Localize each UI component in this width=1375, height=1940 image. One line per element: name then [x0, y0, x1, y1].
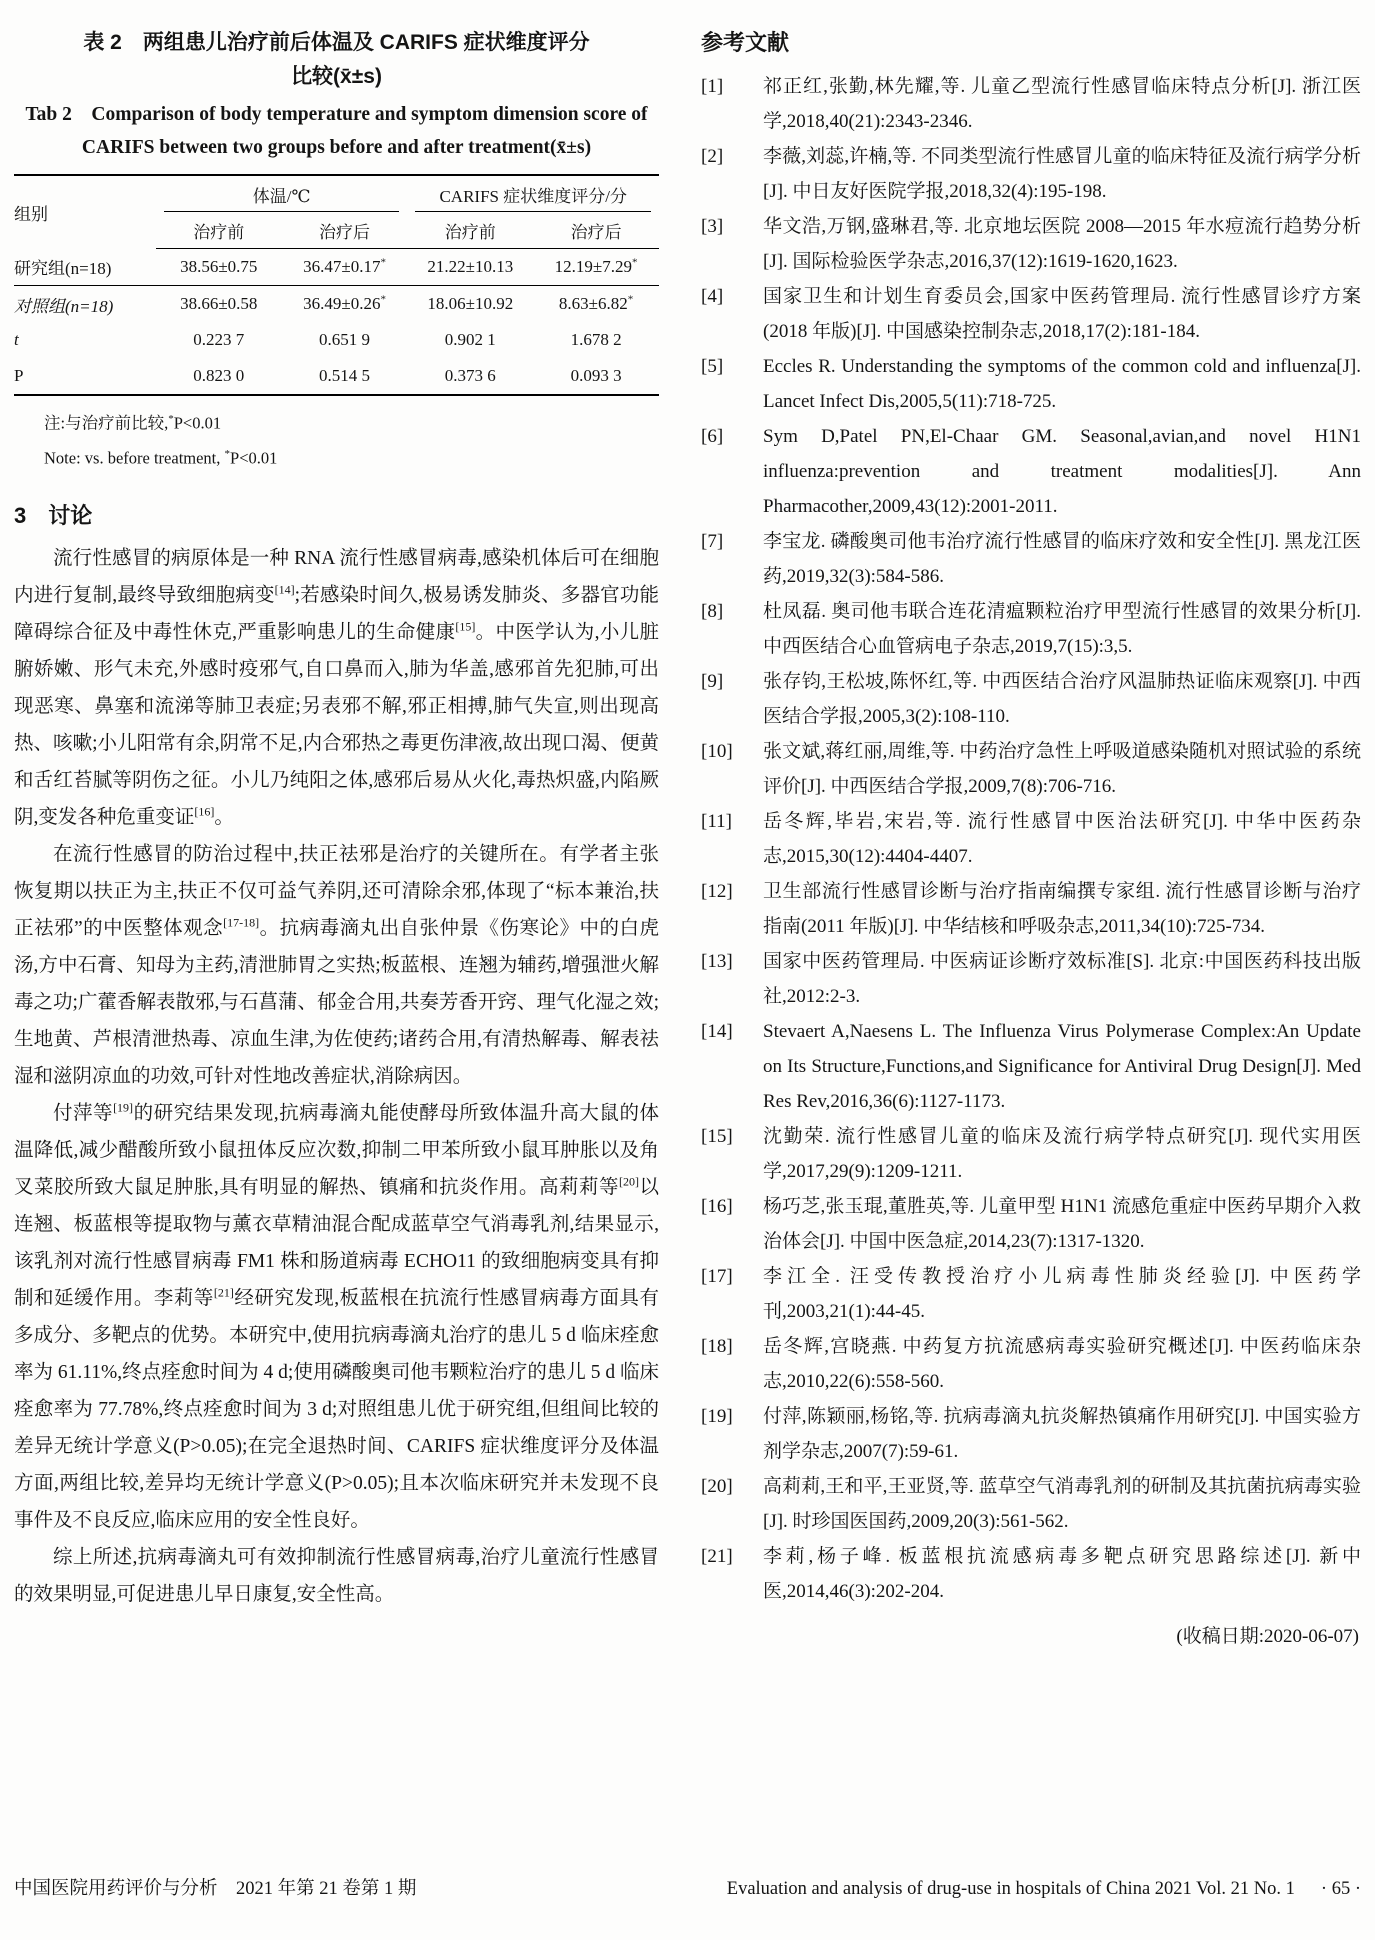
table-row: 研究组(n=18) 38.56±0.75 36.47±0.17* 21.22±1…	[14, 249, 659, 286]
reference-item: [15] 沈勤荣. 流行性感冒儿童的临床及流行病学特点研究[J]. 现代实用医学…	[701, 1119, 1361, 1189]
page-number: · 65 ·	[1321, 1879, 1361, 1900]
table-row: P 0.823 0 0.514 5 0.373 6 0.093 3	[14, 358, 659, 395]
table-cell: 36.47±0.17*	[282, 249, 408, 286]
two-column-layout: 表 2 两组患儿治疗前后体温及 CARIFS 症状维度评分 比较(x̄±s) T…	[14, 26, 1361, 1654]
table-cell: 0.902 1	[407, 322, 533, 358]
table-caption-en: Tab 2 Comparison of body temperature and…	[14, 98, 659, 164]
reference-number: [19]	[701, 1399, 763, 1469]
table-cell: 0.823 0	[156, 358, 282, 395]
table-note-en: Note: vs. before treatment, *P<0.01	[44, 439, 659, 474]
left-column: 表 2 两组患儿治疗前后体温及 CARIFS 症状维度评分 比较(x̄±s) T…	[14, 26, 659, 1654]
reference-text: 李宝龙. 磷酸奥司他韦治疗流行性感冒的临床疗效和安全性[J]. 黑龙江医药,20…	[763, 524, 1361, 594]
reference-item: [13] 国家中医药管理局. 中医病证诊断疗效标准[S]. 北京:中国医药科技出…	[701, 944, 1361, 1014]
reference-text: Eccles R. Understanding the symptoms of …	[763, 349, 1361, 419]
reference-number: [16]	[701, 1189, 763, 1259]
table-cell: 0.093 3	[533, 358, 659, 395]
reference-text: Sym D,Patel PN,El-Chaar GM. Seasonal,avi…	[763, 419, 1361, 524]
reference-number: [18]	[701, 1329, 763, 1399]
table-notes: 注:与治疗前比较,*P<0.01 Note: vs. before treatm…	[14, 404, 659, 473]
table-header: 组别 体温/℃ CARIFS 症状维度评分/分 治疗前 治疗后 治疗前 治疗后	[14, 175, 659, 249]
references-list: [1] 祁正红,张勤,林先耀,等. 儿童乙型流行性感冒临床特点分析[J]. 浙江…	[701, 69, 1361, 1609]
column-header-group: 组别	[14, 175, 156, 249]
reference-number: [13]	[701, 944, 763, 1014]
section-heading-discussion: 3 讨论	[14, 499, 659, 530]
reference-item: [21] 李莉,杨子峰. 板蓝根抗流感病毒多靶点研究思路综述[J]. 新中医,2…	[701, 1539, 1361, 1609]
reference-item: [5] Eccles R. Understanding the symptoms…	[701, 349, 1361, 419]
reference-number: [5]	[701, 349, 763, 419]
reference-number: [4]	[701, 279, 763, 349]
reference-text: 李薇,刘蕊,许楠,等. 不同类型流行性感冒儿童的临床特征及流行病学分析[J]. …	[763, 139, 1361, 209]
reference-item: [17] 李江全. 汪受传教授治疗小儿病毒性肺炎经验[J]. 中医药学刊,200…	[701, 1259, 1361, 1329]
subheader-before-treatment: 治疗前	[407, 212, 533, 249]
footer-journal-en-wrap: Evaluation and analysis of drug-use in h…	[727, 1879, 1361, 1900]
reference-number: [17]	[701, 1259, 763, 1329]
reference-number: [15]	[701, 1119, 763, 1189]
reference-item: [9] 张存钧,王松坡,陈怀红,等. 中西医结合治疗风温肺热证临床观察[J]. …	[701, 664, 1361, 734]
reference-item: [14] Stevaert A,Naesens L. The Influenza…	[701, 1014, 1361, 1119]
reference-text: 华文浩,万钢,盛琳君,等. 北京地坛医院 2008—2015 年水痘流行趋势分析…	[763, 209, 1361, 279]
table-caption-zh-line2: 比较(x̄±s)	[14, 60, 659, 94]
reference-item: [8] 杜凤磊. 奥司他韦联合连花清瘟颗粒治疗甲型流行性感冒的效果分析[J]. …	[701, 594, 1361, 664]
subheader-after-treatment: 治疗后	[282, 212, 408, 249]
reference-number: [6]	[701, 419, 763, 524]
reference-item: [19] 付萍,陈颖丽,杨铭,等. 抗病毒滴丸抗炎解热镇痛作用研究[J]. 中国…	[701, 1399, 1361, 1469]
reference-item: [12] 卫生部流行性感冒诊断与治疗指南编撰专家组. 流行性感冒诊断与治疗指南(…	[701, 874, 1361, 944]
table-caption-zh: 表 2 两组患儿治疗前后体温及 CARIFS 症状维度评分 比较(x̄±s)	[14, 26, 659, 94]
reference-number: [9]	[701, 664, 763, 734]
table-caption-zh-line1: 表 2 两组患儿治疗前后体温及 CARIFS 症状维度评分	[14, 26, 659, 60]
reference-item: [16] 杨巧芝,张玉琨,董胜英,等. 儿童甲型 H1N1 流感危重症中医药早期…	[701, 1189, 1361, 1259]
table-cell: 0.223 7	[156, 322, 282, 358]
column-header-temperature: 体温/℃	[156, 175, 408, 212]
subheader-before-treatment: 治疗前	[156, 212, 282, 249]
reference-item: [6] Sym D,Patel PN,El-Chaar GM. Seasonal…	[701, 419, 1361, 524]
row-label: P	[14, 358, 156, 395]
received-date: (收稿日期:2020-06-07)	[701, 1619, 1361, 1654]
reference-item: [4] 国家卫生和计划生育委员会,国家中医药管理局. 流行性感冒诊疗方案(201…	[701, 279, 1361, 349]
reference-number: [11]	[701, 804, 763, 874]
table-cell: 0.514 5	[282, 358, 408, 395]
reference-number: [10]	[701, 734, 763, 804]
reference-item: [3] 华文浩,万钢,盛琳君,等. 北京地坛医院 2008—2015 年水痘流行…	[701, 209, 1361, 279]
reference-item: [10] 张文斌,蒋红丽,周维,等. 中药治疗急性上呼吸道感染随机对照试验的系统…	[701, 734, 1361, 804]
reference-item: [2] 李薇,刘蕊,许楠,等. 不同类型流行性感冒儿童的临床特征及流行病学分析[…	[701, 139, 1361, 209]
reference-text: 沈勤荣. 流行性感冒儿童的临床及流行病学特点研究[J]. 现代实用医学,2017…	[763, 1119, 1361, 1189]
reference-text: 岳冬辉,毕岩,宋岩,等. 流行性感冒中医治法研究[J]. 中华中医药杂志,201…	[763, 804, 1361, 874]
reference-text: 国家卫生和计划生育委员会,国家中医药管理局. 流行性感冒诊疗方案(2018 年版…	[763, 279, 1361, 349]
reference-text: 卫生部流行性感冒诊断与治疗指南编撰专家组. 流行性感冒诊断与治疗指南(2011 …	[763, 874, 1361, 944]
reference-text: 张文斌,蒋红丽,周维,等. 中药治疗急性上呼吸道感染随机对照试验的系统评价[J]…	[763, 734, 1361, 804]
table-cell: 0.651 9	[282, 322, 408, 358]
table-cell: 18.06±10.92	[407, 286, 533, 323]
column-header-carifs: CARIFS 症状维度评分/分	[407, 175, 659, 212]
row-label: t	[14, 322, 156, 358]
page-footer: 中国医院用药评价与分析 2021 年第 21 卷第 1 期 Evaluation…	[14, 1874, 1361, 1900]
discussion-paragraph: 流行性感冒的病原体是一种 RNA 流行性感冒病毒,感染机体后可在细胞内进行复制,…	[14, 540, 659, 836]
subheader-after-treatment: 治疗后	[533, 212, 659, 249]
table-cell: 21.22±10.13	[407, 249, 533, 286]
reference-number: [12]	[701, 874, 763, 944]
table-cell: 12.19±7.29*	[533, 249, 659, 286]
footer-journal-en: Evaluation and analysis of drug-use in h…	[727, 1879, 1295, 1900]
discussion-body: 流行性感冒的病原体是一种 RNA 流行性感冒病毒,感染机体后可在细胞内进行复制,…	[14, 540, 659, 1613]
discussion-paragraph: 综上所述,抗病毒滴丸可有效抑制流行性感冒病毒,治疗儿童流行性感冒的效果明显,可促…	[14, 1539, 659, 1613]
reference-text: 高莉莉,王和平,王亚贤,等. 蓝草空气消毒乳剂的研制及其抗菌抗病毒实验[J]. …	[763, 1469, 1361, 1539]
reference-text: 李江全. 汪受传教授治疗小儿病毒性肺炎经验[J]. 中医药学刊,2003,21(…	[763, 1259, 1361, 1329]
discussion-paragraph: 在流行性感冒的防治过程中,扶正祛邪是治疗的关键所在。有学者主张恢复期以扶正为主,…	[14, 836, 659, 1095]
table-cell: 8.63±6.82*	[533, 286, 659, 323]
comparison-table: 组别 体温/℃ CARIFS 症状维度评分/分 治疗前 治疗后 治疗前 治疗后	[14, 174, 659, 396]
reference-number: [7]	[701, 524, 763, 594]
reference-number: [21]	[701, 1539, 763, 1609]
table-body: 研究组(n=18) 38.56±0.75 36.47±0.17* 21.22±1…	[14, 249, 659, 396]
reference-item: [7] 李宝龙. 磷酸奥司他韦治疗流行性感冒的临床疗效和安全性[J]. 黑龙江医…	[701, 524, 1361, 594]
reference-number: [2]	[701, 139, 763, 209]
reference-text: 岳冬辉,宫晓燕. 中药复方抗流感病毒实验研究概述[J]. 中医药临床杂志,201…	[763, 1329, 1361, 1399]
reference-text: 杜凤磊. 奥司他韦联合连花清瘟颗粒治疗甲型流行性感冒的效果分析[J]. 中西医结…	[763, 594, 1361, 664]
right-column: 参考文献 [1] 祁正红,张勤,林先耀,等. 儿童乙型流行性感冒临床特点分析[J…	[701, 26, 1361, 1654]
footer-journal-zh: 中国医院用药评价与分析 2021 年第 21 卷第 1 期	[14, 1874, 416, 1900]
reference-text: 张存钧,王松坡,陈怀红,等. 中西医结合治疗风温肺热证临床观察[J]. 中西医结…	[763, 664, 1361, 734]
references-heading: 参考文献	[701, 26, 1361, 57]
reference-text: 国家中医药管理局. 中医病证诊断疗效标准[S]. 北京:中国医药科技出版社,20…	[763, 944, 1361, 1014]
reference-item: [11] 岳冬辉,毕岩,宋岩,等. 流行性感冒中医治法研究[J]. 中华中医药杂…	[701, 804, 1361, 874]
reference-text: Stevaert A,Naesens L. The Influenza Viru…	[763, 1014, 1361, 1119]
journal-page: 表 2 两组患儿治疗前后体温及 CARIFS 症状维度评分 比较(x̄±s) T…	[0, 0, 1375, 1940]
table-row: t 0.223 7 0.651 9 0.902 1 1.678 2	[14, 322, 659, 358]
row-label: 对照组(n=18)	[14, 286, 156, 323]
reference-text: 祁正红,张勤,林先耀,等. 儿童乙型流行性感冒临床特点分析[J]. 浙江医学,2…	[763, 69, 1361, 139]
table-note-zh: 注:与治疗前比较,*P<0.01	[44, 404, 659, 439]
reference-item: [18] 岳冬辉,宫晓燕. 中药复方抗流感病毒实验研究概述[J]. 中医药临床杂…	[701, 1329, 1361, 1399]
reference-item: [20] 高莉莉,王和平,王亚贤,等. 蓝草空气消毒乳剂的研制及其抗菌抗病毒实验…	[701, 1469, 1361, 1539]
table-cell: 38.56±0.75	[156, 249, 282, 286]
table-cell: 38.66±0.58	[156, 286, 282, 323]
table-cell: 0.373 6	[407, 358, 533, 395]
reference-number: [1]	[701, 69, 763, 139]
reference-text: 杨巧芝,张玉琨,董胜英,等. 儿童甲型 H1N1 流感危重症中医药早期介入救治体…	[763, 1189, 1361, 1259]
reference-number: [3]	[701, 209, 763, 279]
reference-item: [1] 祁正红,张勤,林先耀,等. 儿童乙型流行性感冒临床特点分析[J]. 浙江…	[701, 69, 1361, 139]
discussion-paragraph: 付萍等[19]的研究结果发现,抗病毒滴丸能使酵母所致体温升高大鼠的体温降低,减少…	[14, 1095, 659, 1539]
reference-number: [14]	[701, 1014, 763, 1119]
row-label: 研究组(n=18)	[14, 249, 156, 286]
table-cell: 1.678 2	[533, 322, 659, 358]
reference-text: 付萍,陈颖丽,杨铭,等. 抗病毒滴丸抗炎解热镇痛作用研究[J]. 中国实验方剂学…	[763, 1399, 1361, 1469]
table-row: 对照组(n=18) 38.66±0.58 36.49±0.26* 18.06±1…	[14, 286, 659, 323]
table-cell: 36.49±0.26*	[282, 286, 408, 323]
reference-number: [20]	[701, 1469, 763, 1539]
reference-text: 李莉,杨子峰. 板蓝根抗流感病毒多靶点研究思路综述[J]. 新中医,2014,4…	[763, 1539, 1361, 1609]
reference-number: [8]	[701, 594, 763, 664]
